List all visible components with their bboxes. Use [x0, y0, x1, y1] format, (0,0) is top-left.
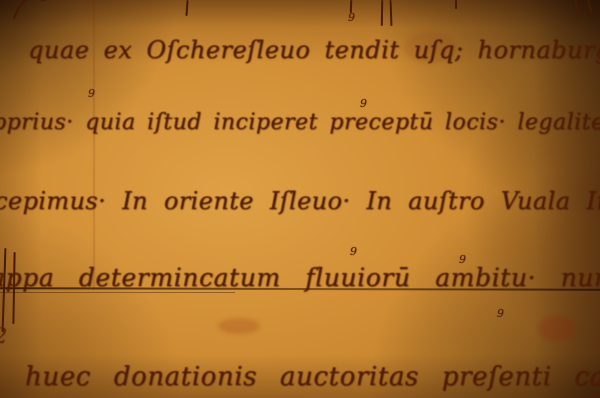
abbreviation-mark: 9	[88, 88, 95, 99]
cutoff-descender-stroke	[185, 0, 188, 16]
cutoff-flourish-stroke	[13, 0, 45, 27]
cutoff-descender-stroke	[381, 0, 383, 26]
abbreviation-mark: 9	[348, 12, 355, 23]
cutoff-descender-stroke	[455, 0, 457, 9]
ink-stain	[218, 318, 260, 334]
abbreviation-mark: 9	[350, 246, 357, 257]
manuscript-line-4: appa determincatum fluuiorū ambitu· nunc…	[0, 265, 600, 290]
abbreviation-mark: 9	[497, 308, 504, 319]
abbreviation-mark: 9	[459, 254, 466, 265]
cutoff-descender-stroke	[390, 0, 393, 26]
manuscript-line-3: cepimus· In oriente Iſleuo· In auſtro Vu…	[0, 189, 600, 213]
cutoff-descender-stroke	[574, 0, 579, 18]
parchment-photo: quae ex Oſchereſleuo tendit uſq; hornabu…	[0, 0, 600, 398]
manuscript-line-2: pprius· quia iſtud inciperet preceptū lo…	[0, 112, 600, 134]
abbreviation-mark: 9	[360, 98, 367, 109]
manuscript-line-5: huec donationis auctoritas preſenti car	[25, 364, 600, 390]
cutoff-descender-stroke	[587, 0, 592, 14]
manuscript-line-1: quae ex Oſchereſleuo tendit uſq; hornabu…	[28, 38, 600, 62]
cutoff-letter-fragment: 2	[0, 326, 7, 347]
ink-stain	[538, 316, 576, 342]
horizontal-fold-crease-secondary	[0, 292, 235, 293]
